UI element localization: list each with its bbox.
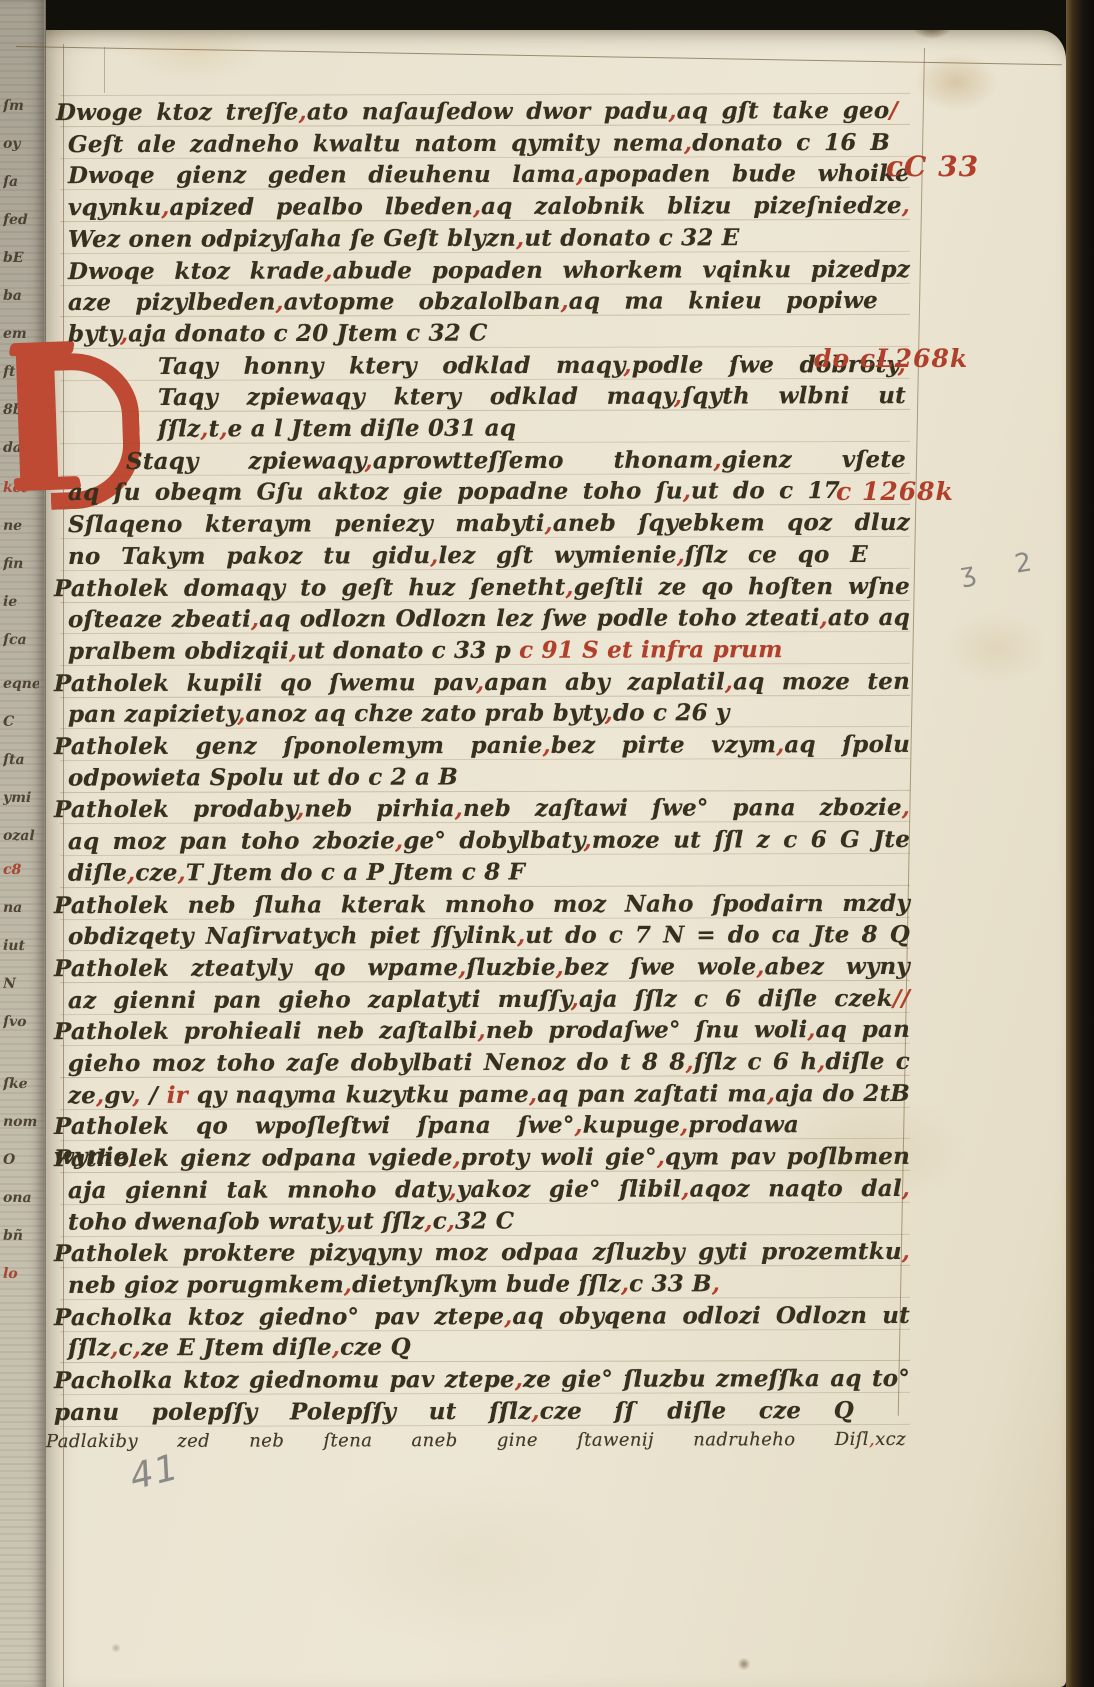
ink-segment: Dwoge ktoz treſſe — [56, 98, 299, 126]
text-line: Taqy honny ktery odklad maqy,podle ſwe d… — [158, 350, 906, 382]
ink-segment: bez pirte vzym — [551, 731, 776, 759]
rubric-segment: , — [623, 351, 631, 378]
ink-segment: aja gienni tak mnoho daty — [68, 1176, 449, 1204]
rubric-segment: , — [289, 637, 297, 664]
ink-segment: aq odlozn Odlozn lez ſwe podle toho ztea… — [259, 604, 819, 632]
ink-segment: ſſlz c 6 h — [694, 1048, 817, 1075]
edge-text-fragment: ona — [3, 1190, 39, 1206]
ink-segment: Pacholka ktoz giedno° pav ztepe — [54, 1303, 504, 1331]
ink-segment: apan aby zaplatil — [484, 668, 725, 696]
ink-segment: aq ſu obeqm Gſu aktoz gie popadne toho ſ… — [68, 478, 683, 507]
text-line: Pacholka ktoz giednomu pav ztepe,ze gie°… — [54, 1364, 910, 1396]
text-line: byty,aja donato c 20 Jtem c 32 C — [68, 318, 488, 349]
edge-text-fragment: ne — [3, 518, 39, 534]
edge-text-fragment: lo — [3, 1266, 39, 1282]
ink-segment: c — [433, 1207, 447, 1234]
ink-segment: ſluzbie — [466, 954, 555, 981]
edge-text-fragment: ſvo — [3, 1014, 39, 1030]
ink-segment: diſle c — [825, 1048, 910, 1075]
book-edge-strip: ſmoyſafedbEbaemft8bdakctnefinieſcaeqneCſ… — [0, 0, 46, 1687]
rubric-segment: , — [902, 1238, 910, 1265]
ink-segment: Geſt ale zadneho kwaltu natom qymity nem… — [68, 129, 684, 158]
ink-segment: Wez onen odpizyſaha ſe Geſt blyzn — [68, 225, 516, 253]
rubric-segment: , — [200, 415, 208, 442]
text-line: gieho moz toho zaſe dobylbati Nenoz do t… — [68, 1047, 910, 1079]
ink-segment: anoz aq chze zato prab byty — [246, 700, 605, 728]
edge-text-fragment: fin — [3, 556, 39, 572]
ink-segment: ze gie° ſluzbu zmeſſka aq to° — [523, 1365, 910, 1393]
ink-segment: ut do c 17 — [691, 477, 840, 504]
ink-segment: Patholek genz ſponolemym panie — [54, 732, 543, 760]
rubric-segment: / — [889, 97, 898, 124]
fore-edge-dark-strip — [1066, 0, 1094, 1687]
rubric-segment: , — [713, 446, 721, 473]
ink-segment: kupuge — [583, 1112, 680, 1139]
ink-segment: aq obyqena odlozi Odlozn ut — [512, 1301, 910, 1329]
ink-segment: aq gſt take geo — [677, 97, 890, 125]
rubric-segment: , — [449, 1176, 457, 1203]
ink-segment: qym pav poſlbmen — [665, 1143, 910, 1171]
ink-segment: proty woli gie° — [461, 1144, 657, 1172]
text-line: Patholek prohieali neb zaſtalbi,neb prod… — [54, 1015, 910, 1047]
ink-segment: ut ſſlz — [346, 1207, 424, 1234]
text-line: toho dwenaſob wraty,ut ſſlz,c,32 C — [68, 1206, 514, 1237]
text-line: oſteaze zbeati,aq odlozn Odlozn lez ſwe … — [68, 603, 910, 635]
ink-segment: xcz — [875, 1429, 906, 1450]
ink-segment: aja do 2tB — [775, 1080, 910, 1107]
ink-segment: aze pizylbeden — [68, 289, 276, 317]
margin-note-red: cC 33 — [886, 150, 979, 183]
edge-text-fragment: ba — [3, 288, 39, 304]
rubric-segment: , — [178, 859, 186, 886]
rubric-segment: , — [478, 1017, 486, 1044]
ink-segment: ze — [68, 1082, 96, 1109]
text-line: ſſlz,t,e a l Jtem diſle 031 aq — [158, 414, 516, 445]
rubric-segment: , — [686, 1048, 694, 1075]
rubric-segment: , — [344, 1271, 352, 1298]
ink-segment: ſſlz ce qo E — [685, 541, 868, 568]
text-line: vqynku,apized pealbo lbeden,aq zalobnik … — [68, 191, 910, 223]
text-line: Taqy zpiewaqy ktery odklad maqy,ſqyth wl… — [158, 381, 906, 413]
ink-segment: aprowtteſſemo thonam — [373, 446, 714, 474]
text-line: Pacholka ktoz giedno° pav ztepe,aq obyqe… — [54, 1300, 910, 1332]
text-line: Patholek prodaby,neb pirhia,neb zaſtawi … — [54, 793, 910, 825]
edge-text-fragment: N — [3, 976, 39, 992]
ink-segment: Padlakiby zed neb ſtena aneb gine ſtawen… — [46, 1429, 869, 1452]
margin-note-red: c 1268k — [836, 477, 954, 506]
rubric-segment: , — [324, 257, 332, 284]
ink-segment: dietynſkym bude ſſlz — [352, 1270, 621, 1298]
ink-segment: moze ut ſſl z c 6 G Jte — [592, 826, 910, 854]
ink-segment: ato aq — [828, 604, 910, 631]
text-line: aq moz pan toho zbozie,ge° dobylbaty,moz… — [68, 825, 910, 857]
ink-segment: abez wyny — [765, 953, 910, 980]
ink-segment: T Jtem do c a P Jtem c 8 F — [186, 858, 525, 886]
rubric-segment: , — [275, 289, 283, 316]
rubric-segment: , — [756, 953, 764, 980]
ink-segment: neb prodaſwe° ſnu woli — [486, 1016, 808, 1044]
rubric-segment: , — [683, 478, 691, 505]
text-line: aja gienni tak mnoho daty,yakoz gie° ſli… — [68, 1174, 910, 1206]
edge-text-fragment: iut — [3, 938, 39, 954]
rubric-segment: , — [132, 1082, 140, 1109]
text-line: az gienni pan gieho zaplatyti muſſy,aja … — [68, 983, 910, 1015]
ink-segment: az gienni pan gieho zaplatyti muſſy — [68, 985, 571, 1013]
ink-segment: aq zalobnik blizu pizeſniedze — [481, 192, 902, 220]
ink-segment: neb gioz porugmkem — [68, 1271, 344, 1299]
text-line: Geſt ale zadneho kwaltu natom qymity nem… — [68, 128, 890, 160]
rubric-segment: , — [365, 447, 373, 474]
ink-segment: Taqy zpiewaqy ktery odklad maqy — [158, 383, 674, 411]
rubric-segment: , — [657, 1144, 665, 1171]
text-line: no Takym pakoz tu gidu,lez gſt wymienie,… — [68, 540, 868, 572]
edge-text-fragment: na — [3, 900, 39, 916]
ink-segment: obdizqety Naſirvatych piet ſſylink — [68, 922, 517, 950]
ink-segment: ge° dobylbaty — [403, 827, 583, 854]
rubric-segment: , — [725, 668, 733, 695]
ink-segment: aq pan zaſtati ma — [537, 1080, 767, 1108]
edge-text-fragment: nom — [3, 1114, 39, 1130]
text-line: panu polepſſy Polepſſy ut ſſlz,cze ſſ di… — [54, 1396, 854, 1428]
rubric-segment: , — [161, 194, 169, 221]
ink-segment: avtopme obzalolban — [284, 288, 561, 316]
rubric-segment: , — [574, 1112, 582, 1139]
edge-text-fragment: ſca — [3, 632, 39, 648]
text-line: Patholek gienz odpana vgiede,proty woli … — [54, 1142, 910, 1174]
edge-text-fragment: ie — [3, 594, 39, 610]
ink-segment: ſſlz — [68, 1335, 110, 1362]
ink-segment: pan zapiziety — [68, 701, 237, 728]
ink-segment: Taqy honny ktery odklad maqy — [158, 351, 624, 379]
rubric-segment: , — [338, 1207, 346, 1234]
text-line: aq ſu obeqm Gſu aktoz gie popadne toho ſ… — [68, 476, 840, 508]
rubric-segment: , — [681, 1175, 689, 1202]
ink-segment: qy naqyma kuzytku pame — [197, 1081, 529, 1109]
rubric-segment: , — [902, 794, 910, 821]
ink-segment: aq ſpolu — [784, 731, 910, 758]
ink-segment: aneb ſqyebkem qoz dluz — [553, 509, 910, 537]
text-line: Patholek neb ſluha kterak mnoho moz Naho… — [54, 888, 910, 920]
rubric-segment: , — [237, 701, 245, 728]
rubric-segment: , — [531, 1397, 539, 1424]
ink-segment: ut do c 7 N = do ca Jte 8 Q — [525, 921, 910, 949]
ink-segment: ze E Jtem diſle — [141, 1334, 332, 1361]
ink-segment: do c 26 y — [613, 699, 730, 726]
edge-text-fragment: c8 — [3, 862, 39, 878]
rubric-segment: , — [332, 1334, 340, 1361]
rubric-segment: , — [453, 1144, 461, 1171]
edge-text-fragment: bE — [3, 250, 39, 266]
ink-segment: neb pirhia — [304, 795, 454, 822]
rubric-segment: , — [820, 604, 828, 631]
text-line: Patholek genz ſponolemym panie,bez pirte… — [54, 730, 910, 762]
ink-segment: bez ſwe wole — [564, 953, 756, 981]
ink-segment: ſſlz — [158, 415, 200, 442]
edge-text-fragment: ſa — [3, 174, 39, 190]
text-line: Dwoge ktoz treſſe,ato naſauſedow dwor pa… — [56, 96, 898, 128]
ink-segment: gv — [104, 1082, 132, 1109]
rubric-segment: // — [893, 984, 910, 1011]
ink-segment: / — [140, 1082, 166, 1109]
text-line: neb gioz porugmkem,dietynſkym bude ſſlz,… — [68, 1269, 720, 1301]
ink-segment: Patholek qo wpoſleſtwi ſpana ſwe° — [54, 1112, 575, 1140]
rubric-segment: , — [529, 1081, 537, 1108]
rubric-segment: , — [565, 573, 573, 600]
ink-segment: cze — [135, 859, 177, 886]
rubric-segment: , — [543, 732, 551, 759]
text-line: Patholek domaqy to geſt huz ſenetht,geſt… — [54, 571, 910, 603]
ink-segment: donato c 16 B — [692, 129, 890, 157]
rubric-segment: , — [219, 415, 227, 442]
ink-segment: toho dwenaſob wraty — [68, 1207, 338, 1235]
ink-segment: c 33 B — [629, 1270, 712, 1297]
ink-segment: e a l Jtem diſle 031 aq — [228, 415, 517, 443]
rubric-segment: , — [584, 827, 592, 854]
rubric-segment: c 91 S et infra prum — [519, 636, 783, 664]
text-line: Sſlaqeno kteraym peniezy mabyti,aneb ſqy… — [68, 508, 910, 540]
rubric-segment: , — [807, 1016, 815, 1043]
rubric-segment: , — [902, 192, 910, 219]
text-line: obdizqety Naſirvatych piet ſſylink,ut do… — [68, 920, 910, 952]
edge-text-fragment: ſm — [3, 98, 39, 114]
rubric-segment: ir — [167, 1081, 197, 1108]
ink-segment: t — [209, 415, 220, 442]
ink-segment: Patholek gienz odpana vgiede — [54, 1144, 453, 1172]
ink-segment: Staqy zpiewaqy — [126, 447, 365, 475]
gutter-fold-line — [44, 0, 45, 1687]
ink-segment: 32 C — [455, 1207, 514, 1234]
ink-segment: c — [119, 1335, 133, 1362]
text-line: Patholek proktere pizyqyny moz odpaa zſl… — [54, 1237, 910, 1269]
text-line: Padlakiby zed neb ſtena aneb gine ſtawen… — [46, 1427, 906, 1455]
ink-segment: byty — [68, 320, 120, 347]
ink-segment: Patholek zteatyly qo wpame — [54, 954, 458, 982]
text-line: odpowieta Spolu ut do c 2 a B — [68, 762, 458, 793]
ink-segment: ut donato c 32 E — [524, 224, 739, 252]
ink-segment: lez gſt wymienie — [438, 541, 676, 569]
text-line: Dwoqe gienz geden dieuhenu lama,apopaden… — [68, 159, 910, 191]
ink-segment: Patholek proktere pizyqyny moz odpaa zſl… — [54, 1238, 902, 1267]
text-line: Wez onen odpizyſaha ſe Geſt blyzn,ut don… — [68, 223, 740, 255]
ink-segment: neb zaſtawi ſwe° pana zbozie — [463, 794, 902, 822]
rubric-segment: , — [605, 700, 613, 727]
ink-segment: yakoz gie° ſlibil — [457, 1175, 682, 1203]
top-stub-rule — [104, 47, 105, 93]
rubric-segment: , — [455, 795, 463, 822]
ink-segment: apopaden bude whoike — [584, 160, 910, 188]
rubric-segment: , — [458, 954, 466, 981]
text-line: Staqy zpiewaqy,aprowtteſſemo thonam,gien… — [126, 445, 906, 477]
edge-text-fragment: oy — [3, 136, 39, 152]
ink-segment: Patholek prodaby — [54, 796, 296, 824]
ink-segment: geſtli ze qo hoſten wſne — [574, 572, 910, 600]
ink-segment: ato naſauſedow dwor padu — [307, 97, 669, 125]
edge-text-fragment: C — [3, 714, 39, 730]
ink-segment: vqynku — [68, 194, 161, 221]
edge-text-fragment: ozal — [3, 828, 39, 844]
ink-segment: aq pan — [816, 1016, 910, 1043]
ink-segment: abude popaden whorkem vqinku pizedpz — [333, 255, 910, 284]
ink-segment: Patholek neb ſluha kterak mnoho moz Naho… — [54, 889, 910, 918]
ink-segment: Pacholka ktoz giednomu pav ztepe — [54, 1366, 515, 1394]
rubric-segment: , — [545, 510, 553, 537]
text-line: ze,gv, / ir qy naqyma kuzytku pame,aq pa… — [68, 1079, 910, 1111]
ink-segment: cze ſſ diſle cze Q — [540, 1397, 854, 1425]
ink-segment: no Takym pakoz tu gidu — [68, 542, 430, 570]
rubric-segment: , — [110, 1335, 118, 1362]
text-line: Patholek kupili qo ſwemu pav,apan aby za… — [54, 666, 910, 698]
ink-segment: aja donato c 20 Jtem c 32 C — [128, 319, 487, 347]
rubric-segment: , — [677, 541, 685, 568]
manuscript-photo: ſmoyſafedbEbaemft8bdakctnefinieſcaeqneCſ… — [0, 0, 1094, 1687]
ink-segment: Dwoqe gienz geden dieuhenu lama — [68, 161, 576, 189]
rubric-segment: , — [668, 97, 676, 124]
ink-segment: Patholek kupili qo ſwemu pav — [54, 669, 476, 697]
ink-segment: diſle — [68, 859, 127, 886]
edge-text-fragment: ſta — [3, 752, 39, 768]
rubric-segment: , — [561, 288, 569, 315]
rubric-segment: , — [299, 98, 307, 125]
ink-segment: panu polepſſy Polepſſy ut ſſlz — [54, 1397, 532, 1425]
text-line: ſſlz,c,ze E Jtem diſle,cze Q — [68, 1333, 411, 1364]
rubric-segment: , — [684, 129, 692, 156]
ink-segment: oſteaze zbeati — [68, 606, 251, 633]
ink-segment: odpowieta Spolu ut do c 2 a B — [68, 763, 458, 791]
ink-segment: Sſlaqeno kteraym peniezy mabyti — [68, 510, 545, 538]
rubric-segment: , — [447, 1207, 455, 1234]
ink-segment: ut donato c 33 p — [297, 637, 519, 665]
ink-segment: apized pealbo lbeden — [170, 193, 473, 221]
ink-segment: Dwoqe ktoz krade — [68, 257, 325, 285]
text-line: aze pizylbeden,avtopme obzalolban,aq ma … — [68, 286, 878, 318]
rubric-segment: , — [902, 1175, 910, 1202]
rubric-segment: , — [133, 1335, 141, 1362]
ink-segment: aq moz pan toho zbozie — [68, 827, 395, 855]
rubric-segment: , — [621, 1270, 629, 1297]
rubric-segment: , — [556, 954, 564, 981]
rubric-segment: , — [515, 1366, 523, 1393]
ink-segment: aqoz naqto dal — [690, 1175, 902, 1203]
ink-segment: pralbem obdizqii — [68, 637, 289, 665]
rubric-segment: , — [424, 1207, 432, 1234]
ink-segment: gieho moz toho zaſe dobylbati Nenoz do t… — [68, 1048, 686, 1077]
ink-segment: Patholek domaqy to geſt huz ſenetht — [54, 573, 566, 601]
ink-segment: aq moze ten — [733, 667, 910, 694]
text-line: Dwoqe ktoz krade,abude popaden whorkem v… — [68, 254, 910, 286]
edge-text-fragment: fed — [3, 212, 39, 228]
ink-segment: Patholek prohieali neb zaſtalbi — [54, 1017, 478, 1045]
edge-text-fragment: eqne — [3, 676, 39, 692]
text-line: pralbem obdizqii,ut donato c 33 p c 91 S… — [68, 635, 783, 667]
rubric-segment: , — [571, 985, 579, 1012]
ink-segment: cze Q — [340, 1334, 411, 1361]
text-line: Patholek qo wpoſleſtwi ſpana ſwe°,kupuge… — [54, 1110, 799, 1142]
ink-segment: aja ſſlz c 6 diſle czek — [579, 985, 893, 1013]
text-line: Patholek zteatyly qo wpame,ſluzbie,bez ſ… — [54, 952, 910, 984]
ink-segment: ſqyth wlbni ut — [682, 382, 906, 410]
edge-text-fragment: bñ — [3, 1228, 39, 1244]
edge-text-fragment: ſke — [3, 1076, 39, 1092]
rubric-segment: , — [712, 1270, 720, 1297]
edge-text-fragment: ymi — [3, 790, 39, 806]
margin-note-red: do cL268k — [814, 344, 968, 373]
ink-segment: gienz vſete — [722, 446, 906, 473]
illuminated-initial-D — [16, 342, 139, 488]
rubric-segment: , — [473, 193, 481, 220]
edge-text-fragment: O — [3, 1152, 39, 1168]
text-line: pan zapiziety,anoz aq chze zato prab byt… — [68, 698, 730, 730]
ink-segment: aq ma knieu popiwe — [569, 287, 878, 315]
edge-text-fragment: em — [3, 326, 39, 342]
text-line: diſle,cze,T Jtem do c a P Jtem c 8 F — [68, 857, 525, 888]
